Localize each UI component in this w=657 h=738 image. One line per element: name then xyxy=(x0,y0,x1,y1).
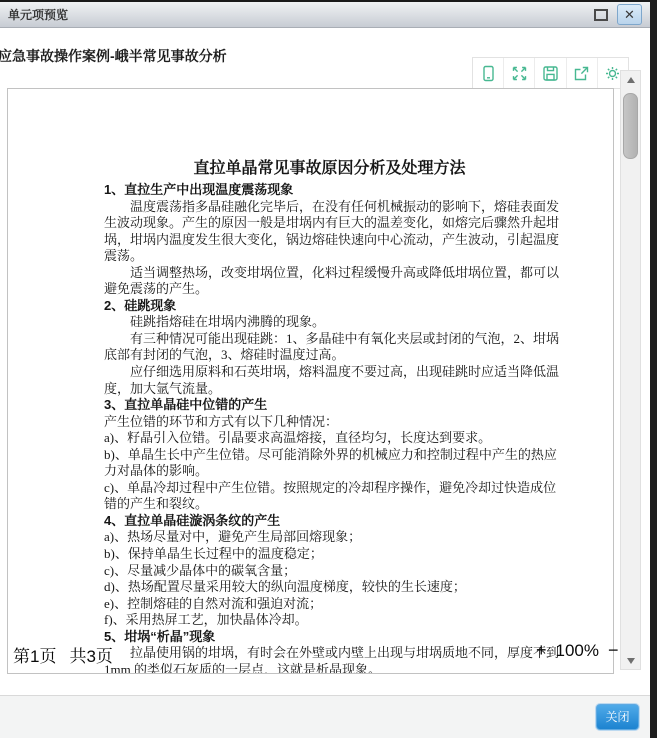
close-x-button[interactable]: ✕ xyxy=(617,4,642,25)
page-background-right xyxy=(650,0,657,738)
save-button[interactable] xyxy=(534,58,565,88)
doc-line-body: 力对晶体的影响。 xyxy=(104,463,555,480)
zoom-in-button[interactable]: + xyxy=(536,640,547,661)
share-button[interactable] xyxy=(566,58,597,88)
mobile-preview-button[interactable] xyxy=(473,58,503,88)
scroll-down-button[interactable] xyxy=(621,652,640,669)
share-export-icon xyxy=(573,65,590,82)
doc-line-body: d)、热场配置尽量采用较大的纵向温度梯度，较快的生长速度； xyxy=(104,579,555,596)
doc-line-body: 硅跳指熔硅在坩埚内沸腾的现象。 xyxy=(104,314,555,331)
doc-line-body: a)、热场尽量对中，避免产生局部回熔现象； xyxy=(104,529,555,546)
document-content: 直拉单晶常见事故原因分析及处理方法1、直拉生产中出现温度震荡现象 温度震荡指多晶… xyxy=(8,89,613,674)
page-total: 共3页 xyxy=(69,642,112,667)
mobile-device-icon xyxy=(480,65,497,82)
doc-line-body: 应仔细选用原料和石英坩埚，熔料温度不要过高，出现硅跳时应适当降低温 xyxy=(104,364,555,381)
doc-line-body: 震荡。 xyxy=(104,248,555,265)
doc-line-body: 度，加大氩气流量。 xyxy=(104,381,555,398)
maximize-button[interactable] xyxy=(594,9,608,21)
doc-line-body: 温度震荡指多晶硅融化完毕后，在没有任何机械振动的影响下，熔硅表面发 xyxy=(104,199,555,216)
doc-line-body: f)、采用热屏工艺，加快晶体冷却。 xyxy=(104,612,555,629)
page-current: 第1页 xyxy=(13,642,56,667)
close-button[interactable]: 关闭 xyxy=(596,704,639,730)
doc-line-body: 适当调整热场，改变坩埚位置，化料过程缓慢升高或降低坩埚位置，都可以 xyxy=(104,265,555,282)
zoom-controls: + 100% − xyxy=(536,640,619,661)
doc-line-heading: 2、硅跳现象 xyxy=(104,298,555,315)
doc-line-body: c)、尽量减少晶体中的碳氧含量； xyxy=(104,563,555,580)
doc-line-heading: 4、直拉单晶硅漩涡条纹的产生 xyxy=(104,513,555,530)
dialog-title: 单元项预览 xyxy=(8,6,68,23)
doc-line-body: 避免震荡的产生。 xyxy=(104,281,555,298)
doc-line-body: 生波动现象。产生的原因一般是坩埚内有巨大的温差变化，如熔完后骤然升起坩 xyxy=(104,215,555,232)
vertical-scrollbar[interactable] xyxy=(620,70,641,670)
doc-line-body: e)、控制熔硅的自然对流和强迫对流； xyxy=(104,596,555,613)
doc-line-body: 底部有封闭的气泡，3、熔硅时温度过高。 xyxy=(104,347,555,364)
scroll-down-icon xyxy=(627,658,635,664)
fullscreen-button[interactable] xyxy=(503,58,534,88)
doc-line-heading: 1、直拉生产中出现温度震荡现象 xyxy=(104,182,555,199)
doc-line-body: 错的产生和裂纹。 xyxy=(104,496,555,513)
zoom-out-button[interactable]: − xyxy=(608,640,619,661)
doc-line-body: b)、保持单晶生长过程中的温度稳定； xyxy=(104,546,555,563)
unit-preview-dialog: 单元项预览 ✕ 应急事故操作案例-峨半常见事故分析 xyxy=(0,2,650,738)
doc-line-title: 直拉单晶常见事故原因分析及处理方法 xyxy=(104,159,555,179)
gear-icon xyxy=(604,65,621,82)
save-floppy-icon xyxy=(542,65,559,82)
doc-line-body: 有三种情况可能出现硅跳：1、多晶硅中有氧化夹层或封闭的气泡，2、坩埚 xyxy=(104,331,555,348)
doc-line-body: c)、单晶冷却过程中产生位错。按照规定的冷却程序操作，避免冷却过快造成位 xyxy=(104,480,555,497)
preview-toolbar xyxy=(472,57,629,89)
dialog-footer: 关闭 xyxy=(0,695,650,738)
doc-line-body: 埚，坩埚内温度发生很大变化，锅边熔硅快速向中心流动，产生波动，引起温度 xyxy=(104,232,555,249)
scroll-up-icon xyxy=(627,77,635,83)
doc-line-heading: 5、坩埚“析晶”现象 xyxy=(104,629,555,646)
doc-line-body: b)、单晶生长中产生位错。尽可能消除外界的机械应力和控制过程中产生的热应 xyxy=(104,447,555,464)
dialog-titlebar: 单元项预览 ✕ xyxy=(0,2,650,28)
doc-line-body: 拉晶使用锅的坩埚，有时会在外壁或内壁上出现与坩埚质地不同，厚度不到 xyxy=(104,645,555,662)
doc-line-body: 1mm 的类似石灰质的一层点，这就是析晶现象。 xyxy=(104,662,555,674)
unit-item-title: 应急事故操作案例-峨半常见事故分析 xyxy=(0,46,227,66)
page-indicator: 第1页 共3页 xyxy=(13,642,113,667)
scroll-up-button[interactable] xyxy=(621,71,640,88)
scrollbar-thumb[interactable] xyxy=(623,93,638,159)
zoom-level: 100% xyxy=(556,641,599,661)
doc-line-heading: 3、直拉单晶硅中位错的产生 xyxy=(104,397,555,414)
titlebar-buttons: ✕ xyxy=(594,4,642,25)
expand-arrows-icon xyxy=(511,65,528,82)
document-preview-pane: 直拉单晶常见事故原因分析及处理方法1、直拉生产中出现温度震荡现象 温度震荡指多晶… xyxy=(7,88,614,674)
doc-line-body: 产生位错的环节和方式有以下几种情况： xyxy=(104,414,555,431)
doc-line-body: a)、籽晶引入位错。引晶要求高温熔接，直径均匀，长度达到要求。 xyxy=(104,430,555,447)
